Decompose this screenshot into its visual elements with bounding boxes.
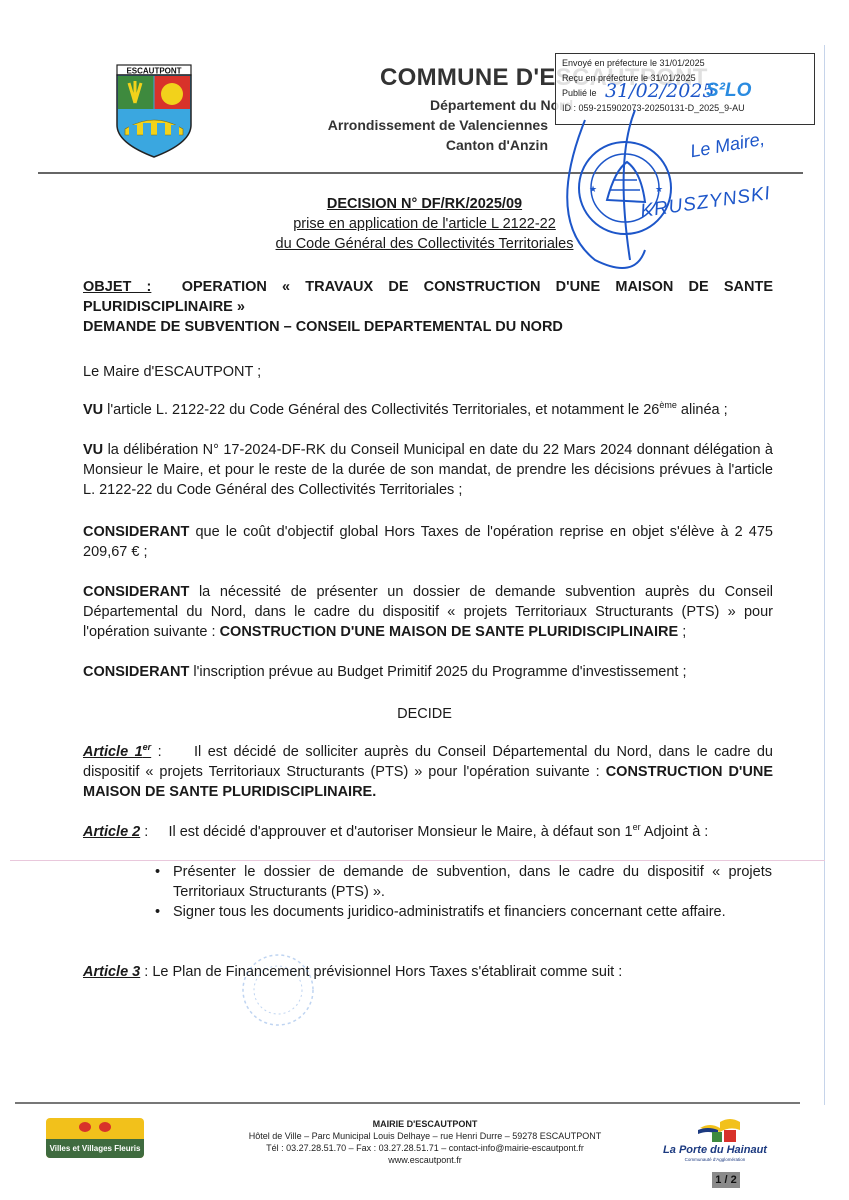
considerant-2: CONSIDERANT la nécessité de présenter un…	[83, 582, 773, 642]
arrondissement-line: Arrondissement de Valenciennes	[300, 117, 548, 133]
svg-text:ESCAUTPONT: ESCAUTPONT	[126, 67, 181, 76]
maire-line: Le Maire d'ESCAUTPONT ;	[83, 362, 773, 382]
s2low-logo: S²LO	[706, 80, 751, 102]
bullet-item: Signer tous les documents juridico-admin…	[155, 902, 772, 922]
handwritten-publish-date: 31/02/2025	[605, 80, 715, 102]
objet-line-1: OPERATION « TRAVAUX DE CONSTRUCTION D'UN…	[182, 279, 773, 295]
article-2-bullets: Présenter le dossier de demande de subve…	[155, 862, 772, 922]
article-2-label: Article 2	[83, 824, 140, 840]
objet-line-2: PLURIDISCIPLINAIRE »	[83, 297, 773, 317]
article-1-label: Article 1er	[83, 744, 151, 760]
objet-section: OBJET : OPERATION « TRAVAUX DE CONSTRUCT…	[83, 277, 773, 337]
canton-line: Canton d'Anzin	[400, 137, 548, 153]
considerant-3: CONSIDERANT l'inscription prévue au Budg…	[83, 662, 773, 682]
porte-hainaut-flag-icon	[698, 1118, 742, 1142]
department-line: Département du Nord	[430, 97, 548, 113]
header-divider	[38, 172, 803, 174]
sent-date: Envoyé en préfecture le 31/01/2025	[562, 56, 808, 71]
article-2: Article 2 : Il est décidé d'approuver et…	[83, 822, 773, 842]
article-3: Article 3 : Le Plan de Financement prévi…	[83, 962, 773, 982]
objet-line-3: DEMANDE DE SUBVENTION – CONSEIL DEPARTEM…	[83, 317, 773, 337]
scan-artifact-line	[10, 860, 825, 861]
flower-icon	[79, 1122, 91, 1132]
objet-label: OBJET :	[83, 279, 151, 295]
article-1: Article 1er : Il est décidé de sollicite…	[83, 742, 773, 802]
villes-villages-fleuris-logo: Villes et Villages Fleuris	[46, 1118, 144, 1158]
footer-website: www.escautpont.fr	[150, 1154, 700, 1166]
decision-number: DECISION N° DF/RK/2025/09	[0, 196, 849, 212]
footer-org: MAIRIE D'ESCAUTPONT	[150, 1118, 700, 1130]
escautpont-crest-logo: ESCAUTPONT	[115, 63, 193, 159]
svg-text:★: ★	[655, 184, 663, 194]
faint-seal-icon	[228, 950, 328, 1030]
svg-text:★: ★	[589, 184, 597, 194]
article-3-label: Article 3	[83, 964, 140, 980]
act-id: ID : 059-215902073-20250131-D_2025_9-AU	[562, 101, 808, 116]
decide-heading: DECIDE	[0, 706, 849, 722]
bullet-item: Présenter le dossier de demande de subve…	[155, 862, 772, 902]
footer-divider	[15, 1102, 800, 1104]
decision-subtitle-1: prise en application de l'article L 2122…	[0, 216, 849, 232]
considerant-1: CONSIDERANT que le coût d'objectif globa…	[83, 522, 773, 562]
footer-contact: Tél : 03.27.28.51.70 – Fax : 03.27.28.51…	[150, 1142, 700, 1154]
signature-title: Le Maire,	[689, 129, 767, 163]
flower-icon	[99, 1122, 111, 1132]
vu-2: VU la délibération N° 17-2024-DF-RK du C…	[83, 440, 773, 500]
footer-address: Hôtel de Ville – Parc Municipal Louis De…	[150, 1130, 700, 1142]
vu-1: VU l'article L. 2122-22 du Code Général …	[83, 400, 773, 420]
footer-contact-block: MAIRIE D'ESCAUTPONT Hôtel de Ville – Par…	[150, 1118, 700, 1166]
page-number: 1 / 2	[712, 1172, 740, 1188]
decision-subtitle-2: du Code Général des Collectivités Territ…	[0, 236, 849, 252]
porte-du-hainaut-logo: La Porte du Hainaut Communauté d'Agglomé…	[660, 1118, 770, 1160]
